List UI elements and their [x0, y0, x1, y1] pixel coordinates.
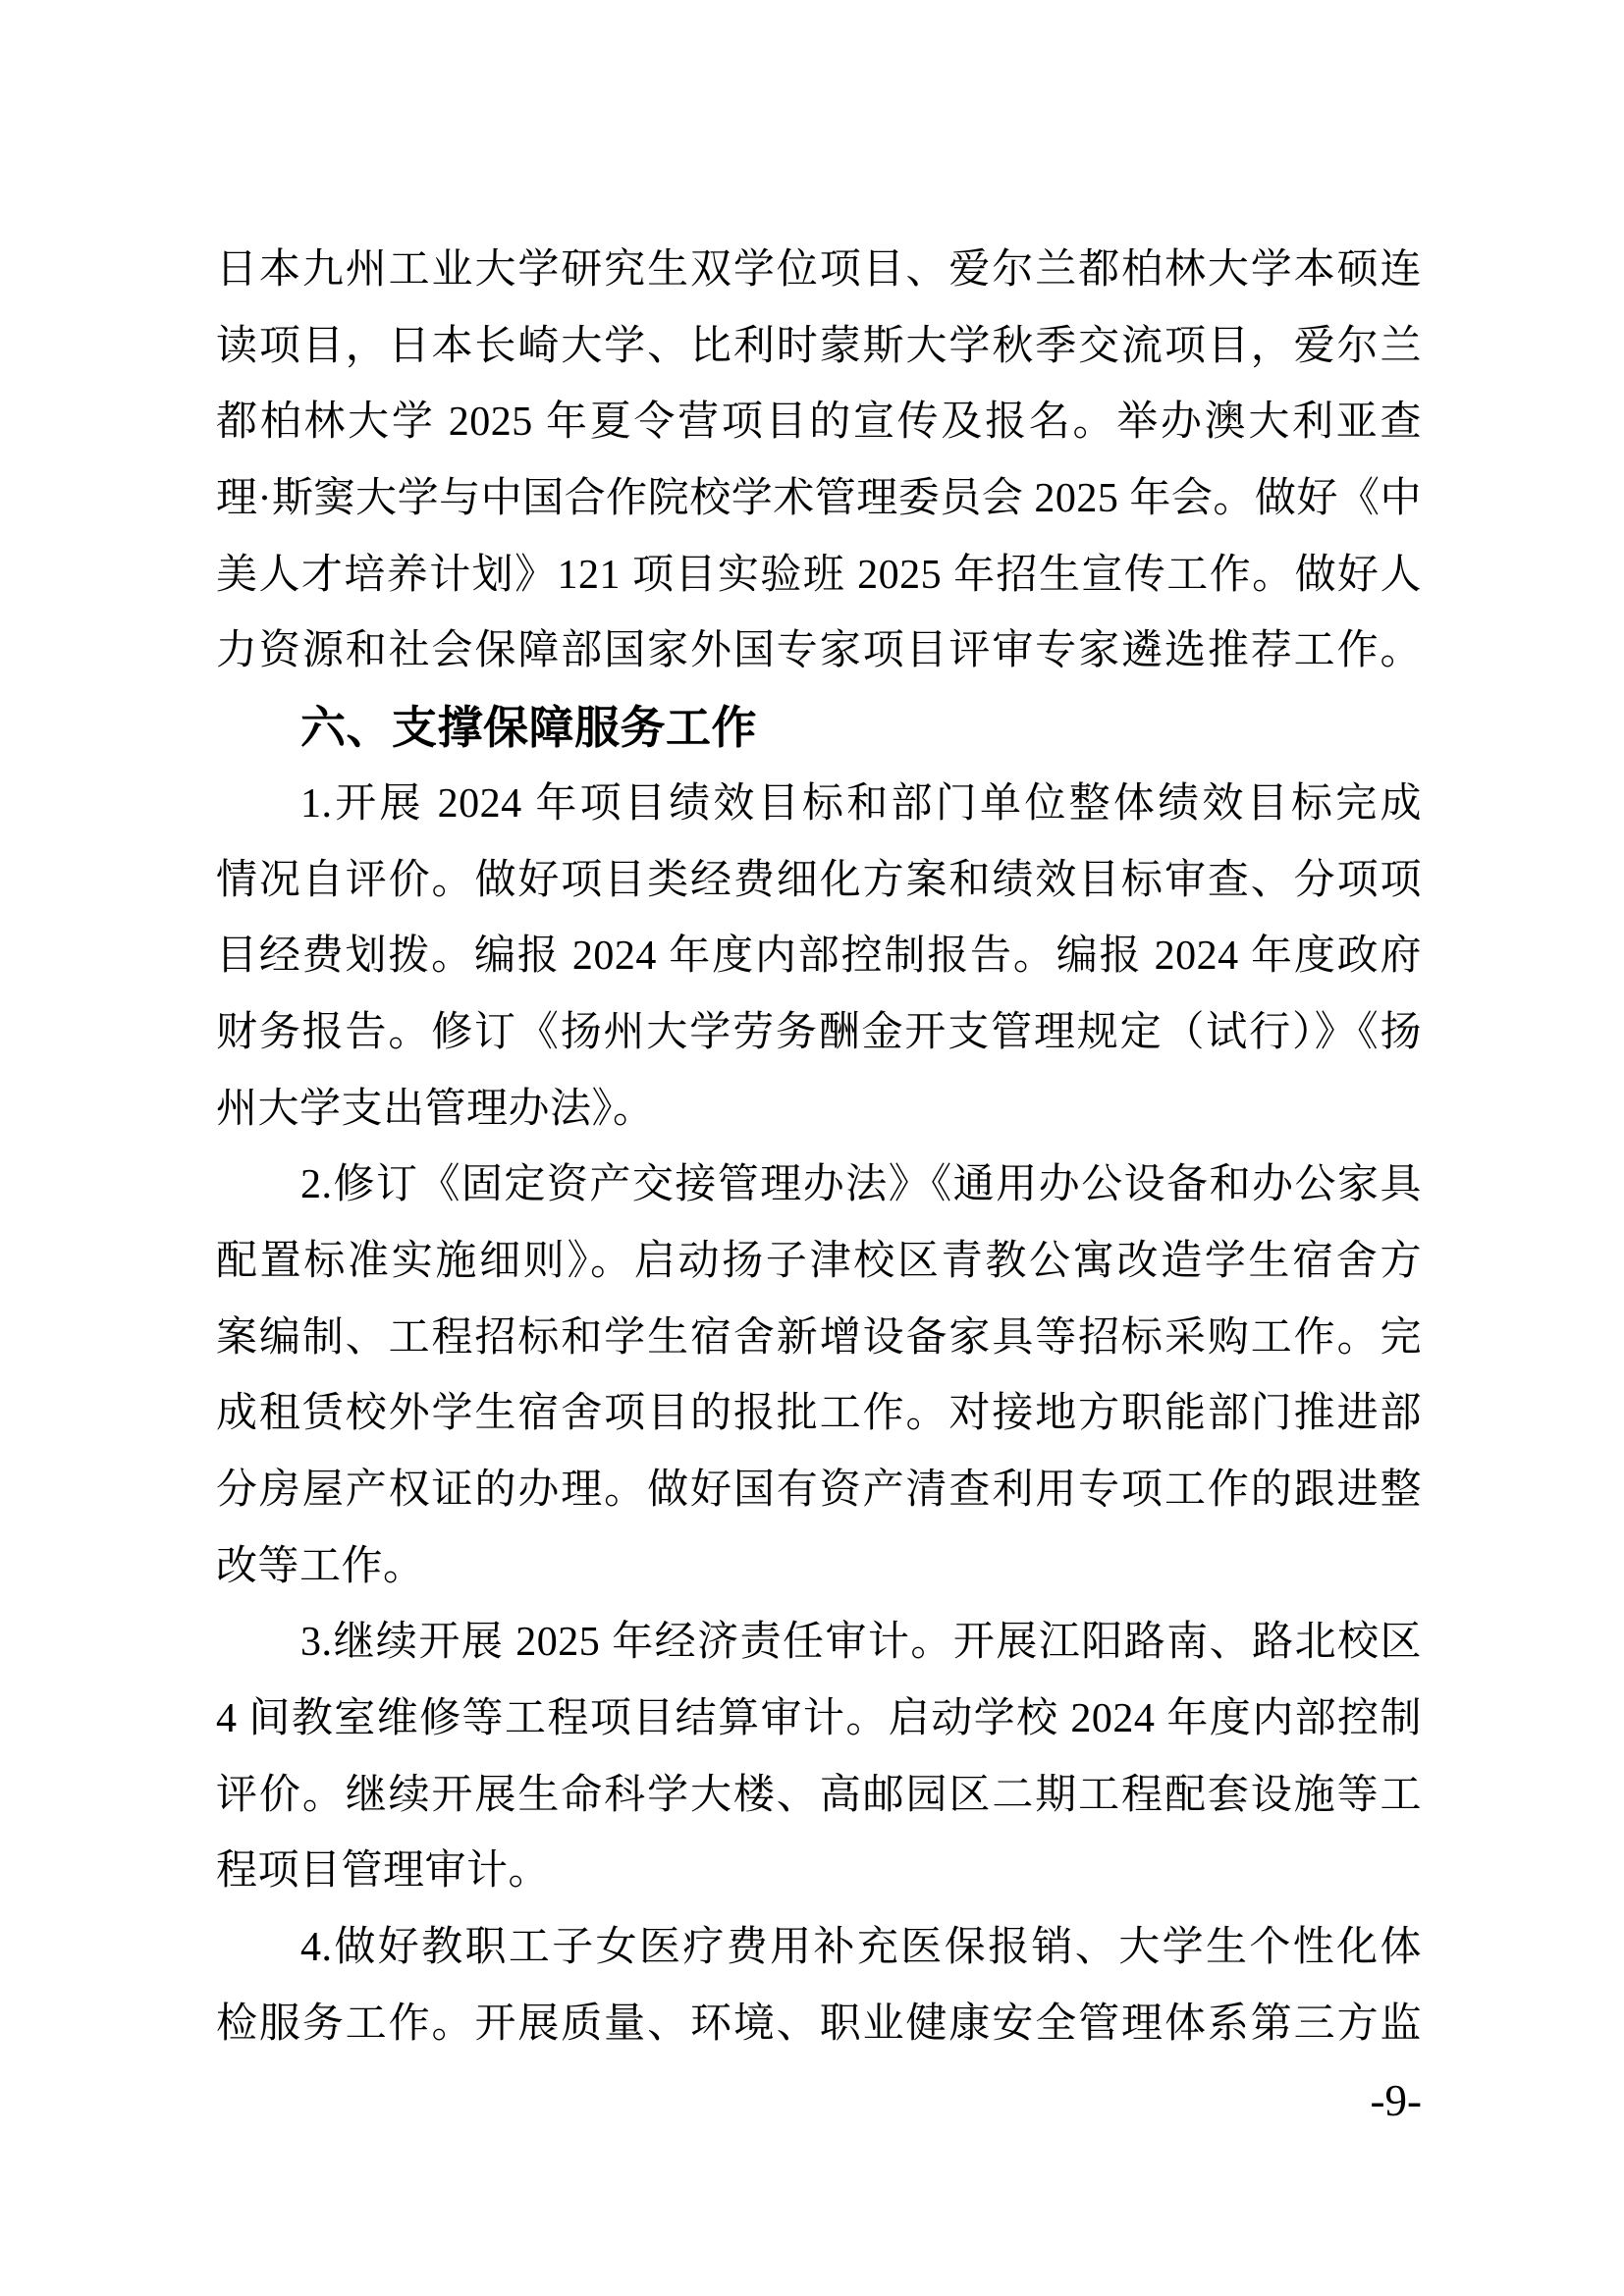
body-line: 理·斯窦大学与中国合作院校学术管理委员会 2025 年会。做好《中	[216, 461, 1422, 538]
body-line: 读项目，日本长崎大学、比利时蒙斯大学秋季交流项目，爱尔兰	[216, 309, 1422, 386]
body-line: 检服务工作。开展质量、环境、职业健康安全管理体系第三方监	[216, 1987, 1422, 2063]
paragraph-first-line: 2.修订《固定资产交接管理办法》《通用办公设备和办公家具	[216, 1148, 1422, 1224]
body-line: 都柏林大学 2025 年夏令营项目的宣传及报名。举办澳大利亚查	[216, 385, 1422, 461]
document-body: 日本九州工业大学研究生双学位项目、爱尔兰都柏林大学本硕连 读项目，日本长崎大学、…	[216, 233, 1422, 2063]
body-line: 案编制、工程招标和学生宿舍新增设备家具等招标采购工作。完	[216, 1301, 1422, 1377]
paragraph-last-line: 程项目管理审计。	[216, 1834, 1422, 1910]
body-line: 日本九州工业大学研究生双学位项目、爱尔兰都柏林大学本硕连	[216, 233, 1422, 309]
section-heading: 六、支撑保障服务工作	[216, 690, 1422, 767]
page-number: -9-	[216, 2063, 1422, 2140]
body-line: 力资源和社会保障部国家外国专家项目评审专家遴选推荐工作。	[216, 614, 1422, 690]
body-line: 财务报告。修订《扬州大学劳务酬金开支管理规定（试行）》《扬	[216, 995, 1422, 1072]
paragraph-first-line: 4.做好教职工子女医疗费用补充医保报销、大学生个性化体	[216, 1910, 1422, 1987]
document-page: 日本九州工业大学研究生双学位项目、爱尔兰都柏林大学本硕连 读项目，日本长崎大学、…	[0, 0, 1624, 2296]
body-line: 配置标准实施细则》。启动扬子津校区青教公寓改造学生宿舍方	[216, 1224, 1422, 1301]
body-line: 美人才培养计划》121 项目实验班 2025 年招生宣传工作。做好人	[216, 538, 1422, 614]
body-line: 目经费划拨。编报 2024 年度内部控制报告。编报 2024 年度政府	[216, 919, 1422, 995]
paragraph-first-line: 1.开展 2024 年项目绩效目标和部门单位整体绩效目标完成	[216, 767, 1422, 843]
paragraph-last-line: 州大学支出管理办法》。	[216, 1072, 1422, 1148]
body-line: 情况自评价。做好项目类经费细化方案和绩效目标审查、分项项	[216, 843, 1422, 920]
body-line: 4 间教室维修等工程项目结算审计。启动学校 2024 年度内部控制	[216, 1682, 1422, 1758]
body-line: 成租赁校外学生宿舍项目的报批工作。对接地方职能部门推进部	[216, 1376, 1422, 1453]
body-line: 评价。继续开展生命科学大楼、高邮园区二期工程配套设施等工	[216, 1758, 1422, 1835]
paragraph-first-line: 3.继续开展 2025 年经济责任审计。开展江阳路南、路北校区	[216, 1605, 1422, 1682]
body-line: 分房屋产权证的办理。做好国有资产清查利用专项工作的跟进整	[216, 1453, 1422, 1529]
paragraph-last-line: 改等工作。	[216, 1529, 1422, 1606]
